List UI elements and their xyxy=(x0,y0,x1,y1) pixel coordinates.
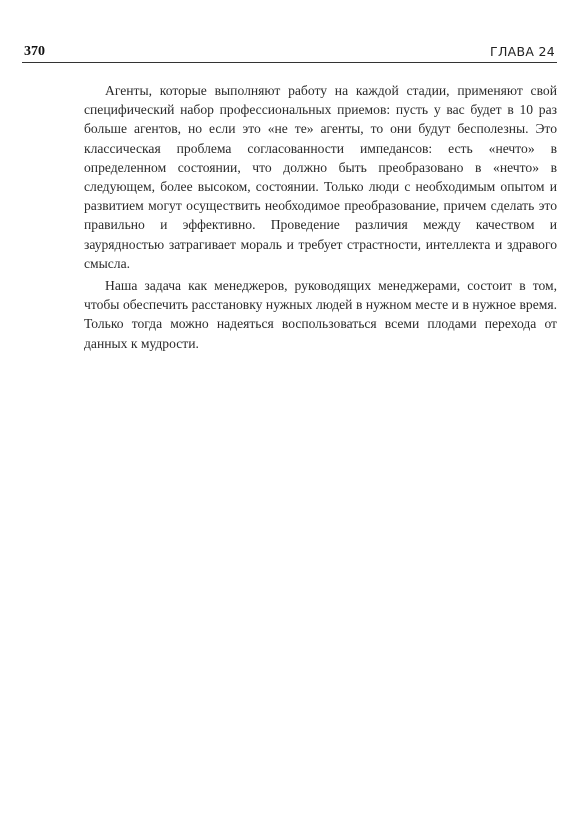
paragraph: Агенты, которые выполняют работу на кажд… xyxy=(84,81,557,273)
page-number: 370 xyxy=(24,44,45,60)
chapter-title: ГЛАВА 24 xyxy=(490,44,555,59)
paragraph: Наша задача как менеджеров, руководящих … xyxy=(84,276,557,353)
body-text: Агенты, которые выполняют работу на кажд… xyxy=(84,81,557,356)
running-header: 370 ГЛАВА 24 xyxy=(22,42,557,63)
